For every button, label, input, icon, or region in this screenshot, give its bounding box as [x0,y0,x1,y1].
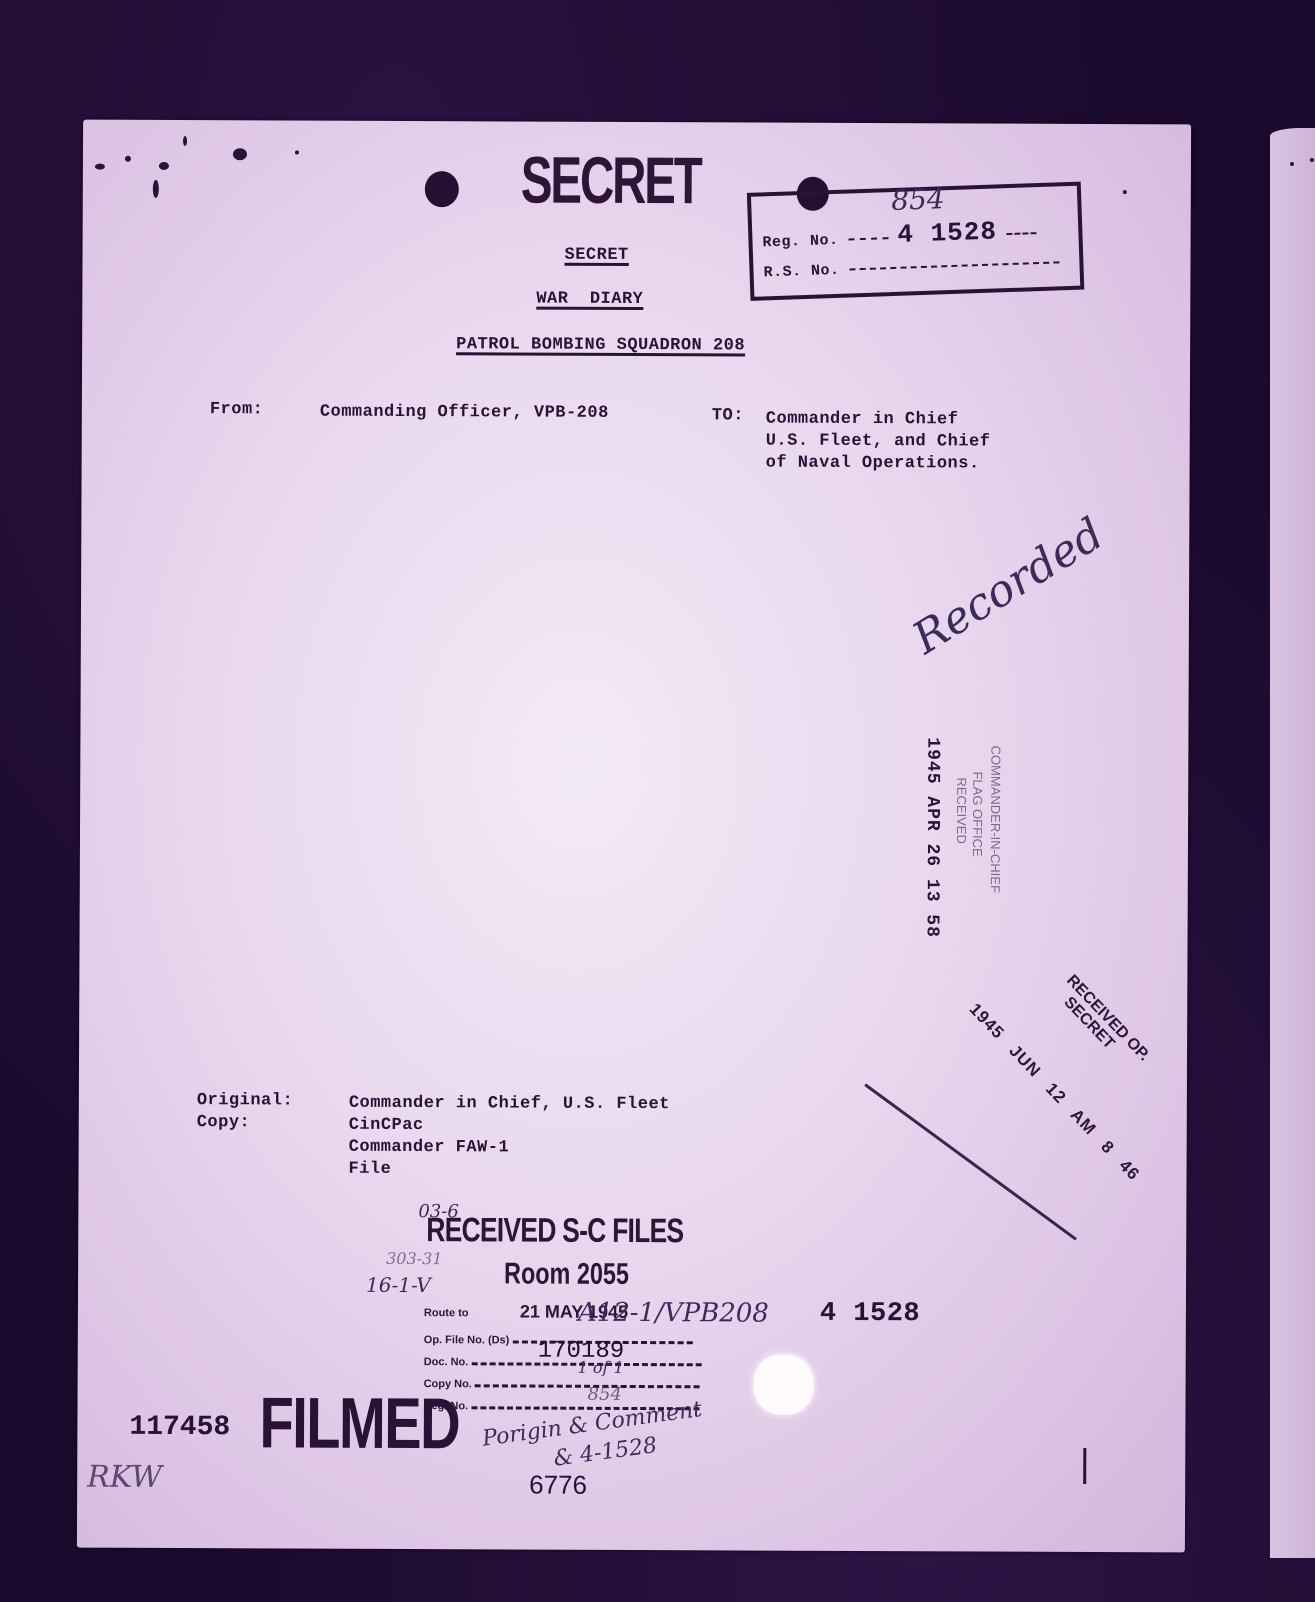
ink-speck [233,148,247,160]
reg-label: Reg. No. [762,232,839,252]
adjacent-film-frame [1270,128,1315,1558]
pencil-strike-line [864,1083,1077,1240]
distribution-values: Commander in Chief, U.S. Fleet CinCPac C… [348,1093,669,1182]
hand-note-03-6: 03-6 [418,1201,459,1222]
cinc-office-stamp-line2: FLAG OFFICE [970,771,985,856]
ink-speck [153,180,159,198]
copy-no-handwritten: 1 of 1 [578,1358,624,1377]
register-box: Reg. No. 4 1528 854 R.S. No. [747,182,1084,301]
to-line: Commander in Chief [766,409,991,432]
bottom-number: 6776 [529,1470,587,1501]
ink-speck [125,156,131,162]
ink-speck [1123,190,1127,194]
doc-no-label: Doc. No. [424,1356,469,1368]
to-recipient: Commander in Chief U.S. Fleet, and Chief… [766,409,991,476]
sc-files-stamp-title: RECEIVED S-C FILES [426,1211,683,1251]
sc-files-room: Room 2055 [504,1257,629,1292]
ink-speck [183,136,187,146]
to-label: TO: [712,406,744,425]
punch-hole [425,171,459,207]
initials-handwritten: RKW [87,1460,162,1495]
filmed-stamp: FILMED [259,1382,459,1465]
classification-header: SECRET [521,142,701,219]
ink-speck [95,164,105,170]
cinc-office-stamp-line3: RECEIVED [954,777,969,844]
reg-value: 4 1528 [897,216,998,249]
original-recipient: Commander in Chief, U.S. Fleet [349,1093,670,1116]
cinc-office-stamp: COMMANDER-IN-CHIEF [988,746,1003,893]
copy-label: Copy: [197,1112,293,1134]
cinc-date-stamp: 1945 APR 26 13 58 [922,737,943,938]
film-number: 117458 [129,1412,230,1443]
from-value: Commanding Officer, VPB-208 [320,403,609,423]
ref-number-typed: 4 1528 [820,1299,920,1329]
reg-handwritten: 854 [891,182,946,217]
to-line: U.S. Fleet, and Chief [766,431,991,454]
rs-label: R.S. No. [763,262,840,282]
ink-speck [295,151,299,155]
file-no-handwritten: A12-1/VPB208 [578,1298,769,1329]
hand-note-16-1: 16-1-V [366,1273,431,1297]
from-label: From: [210,400,264,419]
film-glare-spot [753,1355,813,1415]
route-label: Route to [424,1307,469,1319]
classification-typed: SECRET [564,246,628,265]
document-page: SECRET Reg. No. 4 1528 854 R.S. No. SECR… [77,120,1191,1553]
to-line: of Naval Operations. [766,453,991,476]
document-title: WAR DIARY [536,290,643,309]
handwritten-recorded: Recorded [904,508,1113,664]
copy-recipient: Commander FAW-1 [349,1137,670,1160]
received-secret-stamp: RECEIVED OP. SECRET [1051,972,1153,1076]
page-edge-mark [1083,1448,1086,1484]
distribution-labels: Original: Copy: [197,1090,294,1134]
hand-note-303: 303-31 [386,1249,442,1268]
ink-speck [159,162,169,170]
file-no-label: Op. File No. (Ds) [424,1334,510,1346]
copy-recipient: File [348,1159,669,1182]
reg-no-handwritten: 854 [588,1384,622,1405]
original-label: Original: [197,1090,293,1112]
unit-name: PATROL BOMBING SQUADRON 208 [456,335,745,355]
stamp-line: COMMANDER-IN-CHIEF [988,746,1004,893]
copy-recipient: CinCPac [349,1115,670,1138]
